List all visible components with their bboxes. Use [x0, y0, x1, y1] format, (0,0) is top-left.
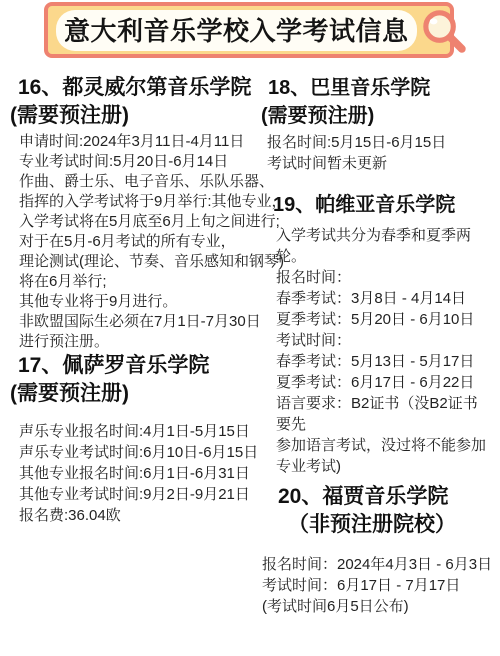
section-school-16: 16、都灵威尔第音乐学院(需要预注册)申请时间:2024年3月11日-4月11日…: [10, 74, 280, 352]
info-line: 春季考试：3月8日 - 4月14日: [273, 288, 498, 309]
info-line: 入学考试共分为春季和夏季两: [273, 225, 498, 246]
magnifier-icon: [419, 6, 467, 54]
info-line: 申请时间:2024年3月11日-4月11日: [10, 132, 280, 152]
info-line: 参加语言考试，没过将不能参加: [273, 435, 498, 456]
info-line: 轮。: [273, 246, 498, 267]
info-line: 夏季考试：5月20日 - 6月10日: [273, 309, 498, 330]
info-line: 其他专业考试时间:9月2日-9月21日: [10, 484, 280, 505]
info-line: 对于在5月-6月考试的所有专业，: [10, 232, 280, 252]
info-line: 报名时间:5月15日-6月15日: [261, 132, 496, 153]
info-line: 声乐专业报名时间:4月1日-5月15日: [10, 421, 280, 442]
page-header: 意大利音乐学校入学考试信息: [44, 2, 454, 58]
info-line: 作曲、爵士乐、电子音乐、乐队乐器、: [10, 172, 280, 192]
info-line: 春季考试：5月13日 - 5月17日: [273, 351, 498, 372]
school-heading-line: 18、巴里音乐学院: [261, 74, 496, 102]
school-heading-line: 20、福贾音乐学院: [262, 483, 497, 511]
info-line: 入学考试将在5月底至6月上旬之间进行;: [10, 212, 280, 232]
poster: 意大利音乐学校入学考试信息 16、都灵威尔第音乐学院(需要预注册)申请时间:20…: [0, 0, 500, 656]
info-line: 将在6月举行;: [10, 272, 280, 292]
info-line: 指挥的入学考试将于9月举行:其他专业，: [10, 192, 280, 212]
info-line: (考试时间6月5日公布): [262, 596, 497, 617]
info-line: 考试时间：: [273, 330, 498, 351]
info-line: 其他专业将于9月进行。: [10, 292, 280, 312]
school-heading-line: （非预注册院校）: [262, 511, 497, 539]
school-heading-line: 17、佩萨罗音乐学院: [10, 352, 280, 380]
info-line: 报名时间：2024年4月3日 - 6月3日: [262, 554, 497, 575]
page-title-pill: 意大利音乐学校入学考试信息: [56, 10, 417, 51]
info-line: 其他专业报名时间:6月1日-6月31日: [10, 463, 280, 484]
page-title: 意大利音乐学校入学考试信息: [64, 16, 409, 46]
school-heading-line: (需要预注册): [10, 102, 280, 130]
info-line: 理论测试(理论、节奏、音乐感知和钢琴): [10, 252, 280, 272]
info-line: 要先: [273, 414, 498, 435]
info-line: 报名费:36.04欧: [10, 505, 280, 526]
info-line: 进行预注册。: [10, 332, 280, 352]
section-school-20: 20、福贾音乐学院（非预注册院校）报名时间：2024年4月3日 - 6月3日考试…: [262, 483, 497, 617]
section-school-18: 18、巴里音乐学院(需要预注册)报名时间:5月15日-6月15日考试时间暂未更新: [261, 74, 496, 174]
section-school-19: 19、帕维亚音乐学院入学考试共分为春季和夏季两轮。报名时间：春季考试：3月8日 …: [273, 190, 498, 477]
info-line: 考试时间暂未更新: [261, 153, 496, 174]
info-line: 专业考试时间:5月20日-6月14日: [10, 152, 280, 172]
info-line: 夏季考试：6月17日 - 6月22日: [273, 372, 498, 393]
school-heading-line: 19、帕维亚音乐学院: [273, 190, 498, 220]
school-heading-line: 16、都灵威尔第音乐学院: [10, 74, 280, 102]
info-line: 专业考试): [273, 456, 498, 477]
section-school-17: 17、佩萨罗音乐学院(需要预注册)声乐专业报名时间:4月1日-5月15日声乐专业…: [10, 352, 280, 526]
info-line: 声乐专业考试时间:6月10日-6月15日: [10, 442, 280, 463]
info-line: 语言要求：B2证书（没B2证书: [273, 393, 498, 414]
info-line: 非欧盟国际生必须在7月1日-7月30日: [10, 312, 280, 332]
school-heading-line: (需要预注册): [10, 380, 280, 408]
info-line: 考试时间：6月17日 - 7月17日: [262, 575, 497, 596]
school-heading-line: (需要预注册): [261, 102, 496, 130]
info-line: 报名时间：: [273, 267, 498, 288]
